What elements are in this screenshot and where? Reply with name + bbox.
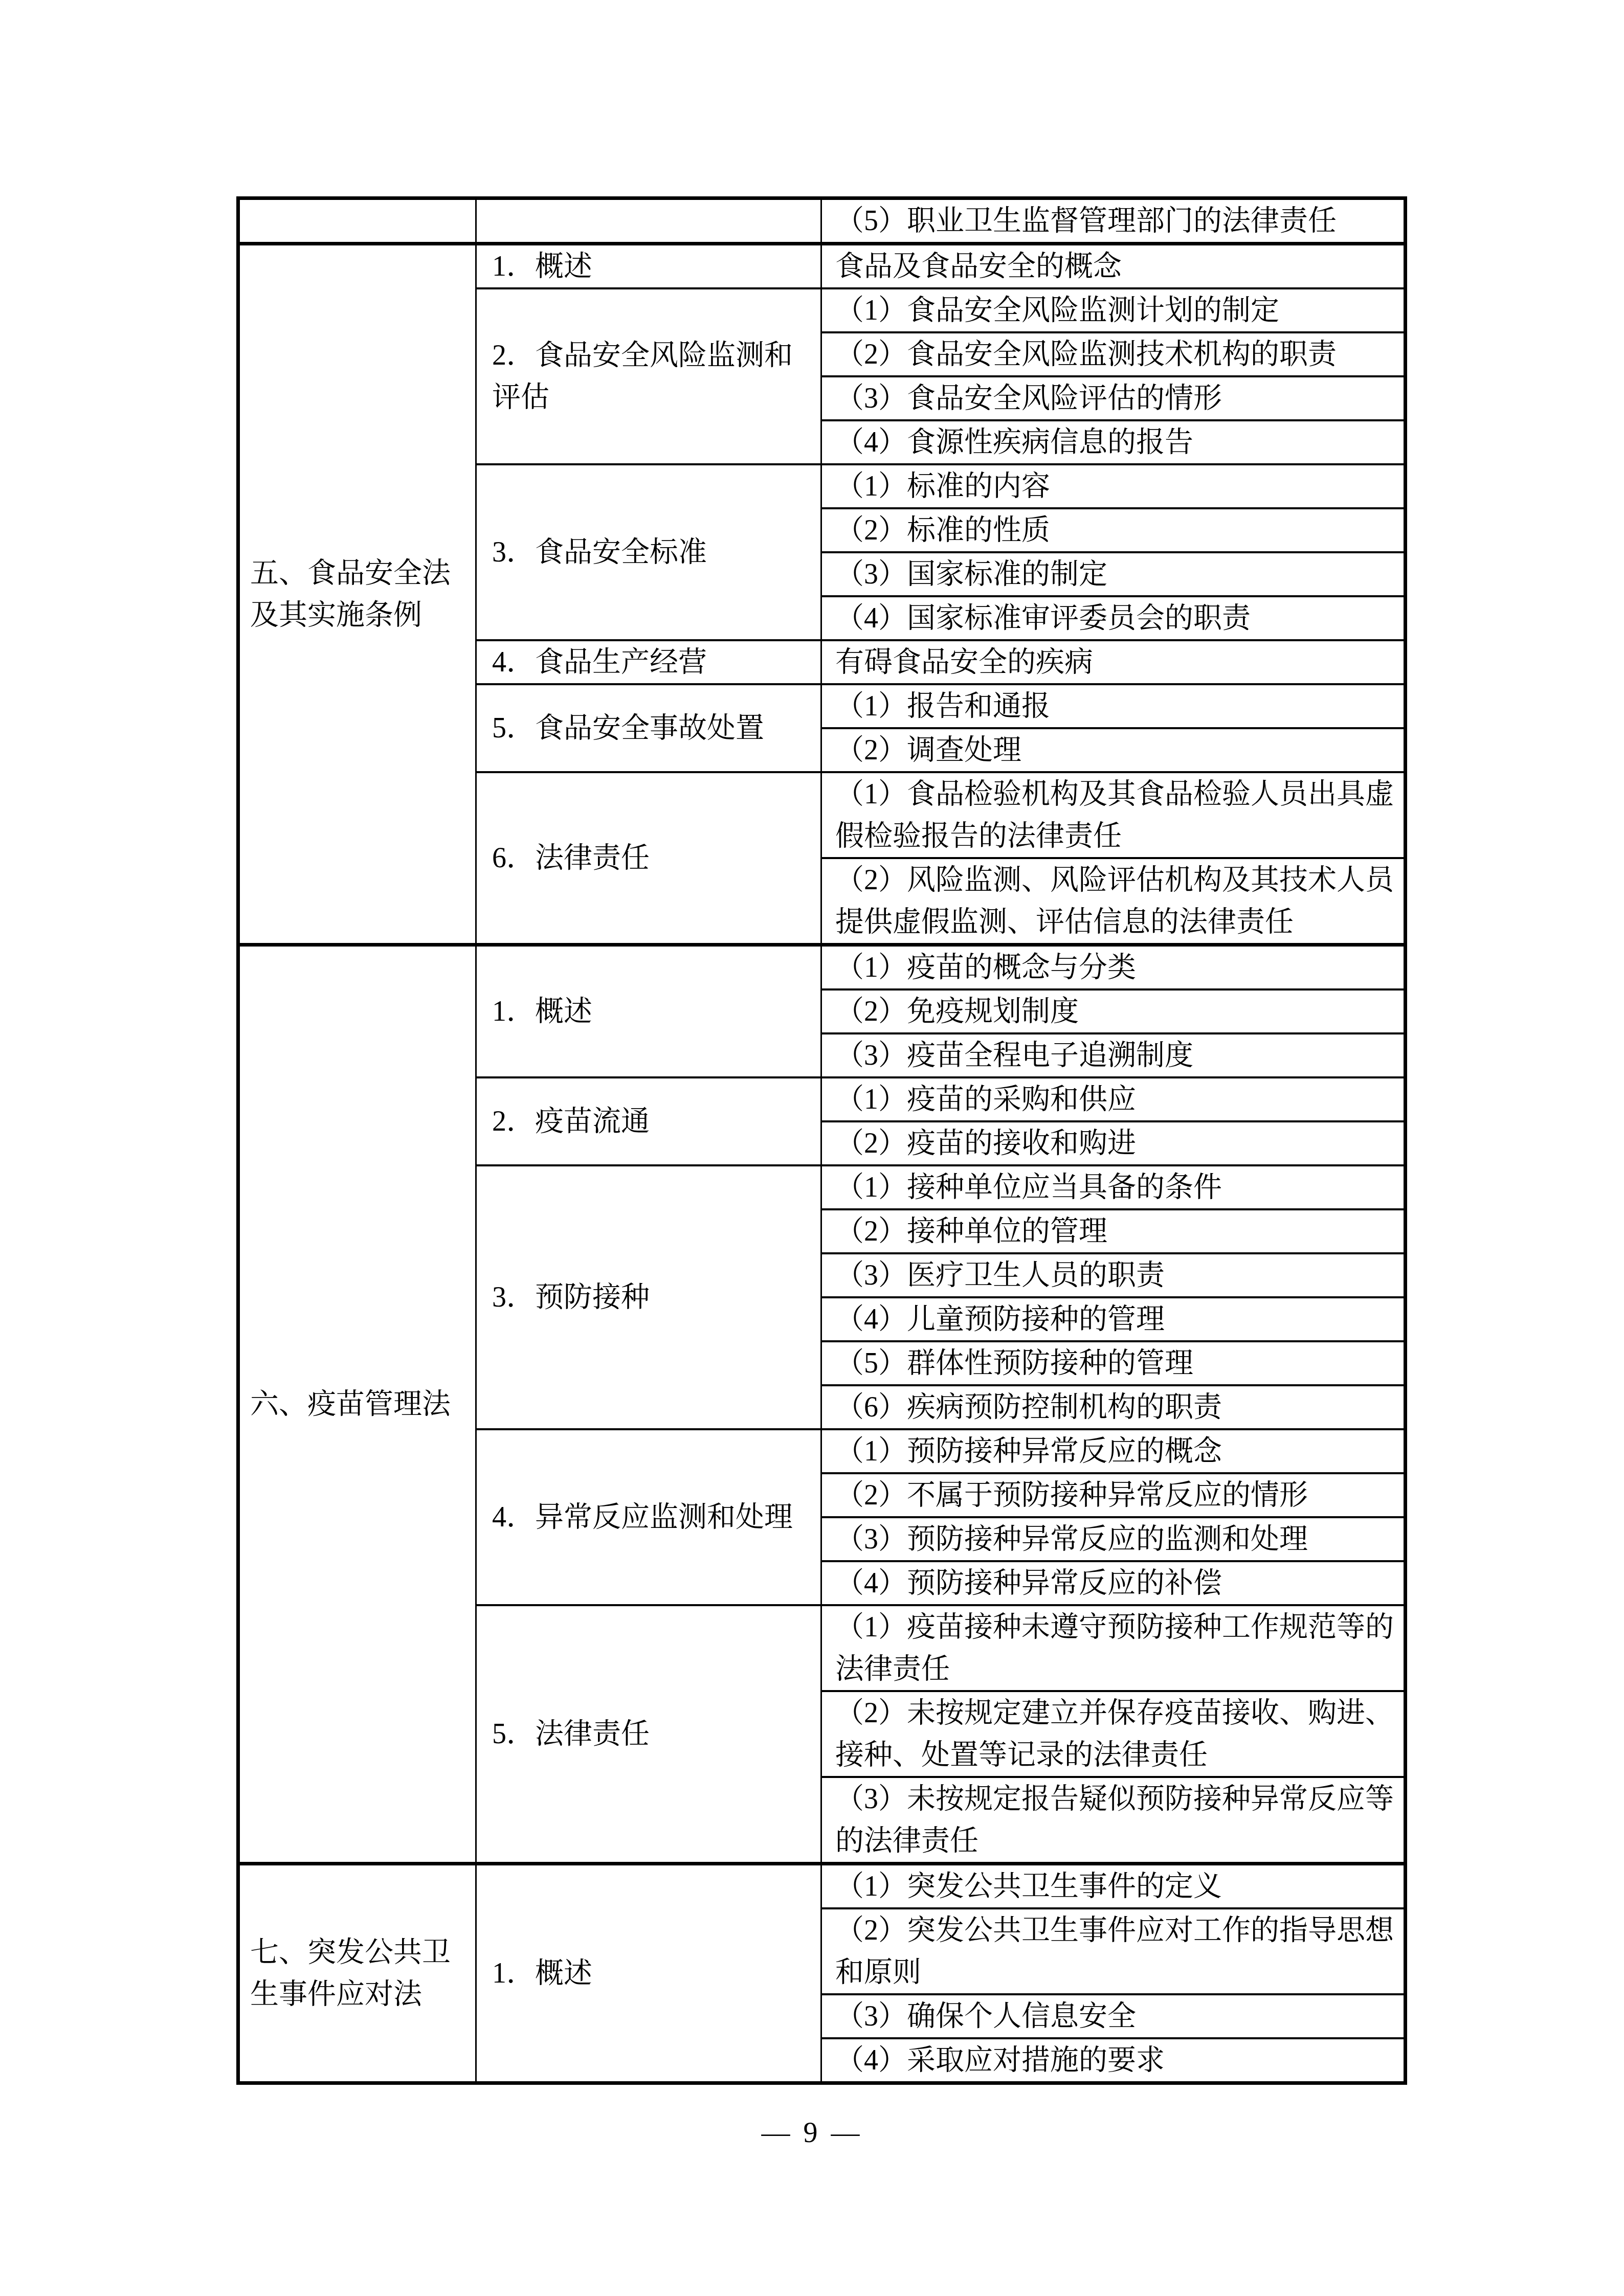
- subsection-cell: 6．法律责任: [476, 772, 821, 945]
- chapter-cell: 六、疫苗管理法: [238, 945, 476, 1864]
- subsection-cell: 5．食品安全事故处置: [476, 684, 821, 772]
- item-cell: （2）免疫规划制度: [821, 989, 1406, 1033]
- item-cell: （2）突发公共卫生事件应对工作的指导思想和原则: [821, 1908, 1406, 1994]
- item-cell: （3）确保个人信息安全: [821, 1994, 1406, 2038]
- item-cell: （1）食品安全风险监测计划的制定: [821, 288, 1406, 332]
- table-row: 六、疫苗管理法 1．概述 （1）疫苗的概念与分类: [238, 945, 1406, 990]
- item-cell: 食品及食品安全的概念: [821, 244, 1406, 289]
- item-cell: （3）疫苗全程电子追溯制度: [821, 1033, 1406, 1077]
- item-cell: （4）儿童预防接种的管理: [821, 1297, 1406, 1341]
- item-cell: （5）职业卫生监督管理部门的法律责任: [821, 198, 1406, 244]
- item-cell: （3）国家标准的制定: [821, 552, 1406, 596]
- item-cell: （2）风险监测、风险评估机构及其技术人员提供虚假监测、评估信息的法律责任: [821, 858, 1406, 945]
- table-row: 七、突发公共卫生事件应对法 1．概述 （1）突发公共卫生事件的定义: [238, 1864, 1406, 1909]
- item-cell: （3）食品安全风险评估的情形: [821, 376, 1406, 420]
- item-cell: （1）报告和通报: [821, 684, 1406, 728]
- subsection-cell: 2．食品安全风险监测和评估: [476, 288, 821, 464]
- item-cell: （1）疫苗接种未遵守预防接种工作规范等的法律责任: [821, 1605, 1406, 1691]
- item-cell: （6）疾病预防控制机构的职责: [821, 1385, 1406, 1429]
- item-cell: （3）预防接种异常反应的监测和处理: [821, 1517, 1406, 1561]
- subsection-cell: 4．异常反应监测和处理: [476, 1429, 821, 1605]
- page-number: — 9 —: [0, 2112, 1624, 2154]
- table-row: （5）职业卫生监督管理部门的法律责任: [238, 198, 1406, 244]
- empty-chapter-cell: [238, 198, 476, 244]
- table-row: 五、食品安全法及其实施条例 1．概述 食品及食品安全的概念: [238, 244, 1406, 289]
- subsection-cell: 2．疫苗流通: [476, 1077, 821, 1165]
- item-cell: （4）食源性疾病信息的报告: [821, 420, 1406, 464]
- item-cell: （2）疫苗的接收和购进: [821, 1121, 1406, 1165]
- item-cell: （1）预防接种异常反应的概念: [821, 1429, 1406, 1473]
- item-cell: （2）食品安全风险监测技术机构的职责: [821, 332, 1406, 376]
- item-cell: 有碍食品安全的疾病: [821, 640, 1406, 684]
- subsection-cell: 3．预防接种: [476, 1165, 821, 1429]
- chapter-cell: 五、食品安全法及其实施条例: [238, 244, 476, 945]
- item-cell: （3）未按规定报告疑似预防接种异常反应等的法律责任: [821, 1777, 1406, 1864]
- item-cell: （4）国家标准审评委员会的职责: [821, 596, 1406, 640]
- chapter-cell: 七、突发公共卫生事件应对法: [238, 1864, 476, 2083]
- item-cell: （1）食品检验机构及其食品检验人员出具虚假检验报告的法律责任: [821, 772, 1406, 858]
- item-cell: （2）标准的性质: [821, 508, 1406, 552]
- item-cell: （1）接种单位应当具备的条件: [821, 1165, 1406, 1209]
- item-cell: （3）医疗卫生人员的职责: [821, 1253, 1406, 1297]
- subsection-cell: 1．概述: [476, 945, 821, 1078]
- document-page: （5）职业卫生监督管理部门的法律责任 五、食品安全法及其实施条例 1．概述 食品…: [0, 0, 1624, 2296]
- item-cell: （2）调查处理: [821, 728, 1406, 772]
- item-cell: （2）不属于预防接种异常反应的情形: [821, 1473, 1406, 1517]
- item-cell: （1）疫苗的概念与分类: [821, 945, 1406, 990]
- item-cell: （1）标准的内容: [821, 464, 1406, 508]
- item-cell: （5）群体性预防接种的管理: [821, 1341, 1406, 1385]
- syllabus-table: （5）职业卫生监督管理部门的法律责任 五、食品安全法及其实施条例 1．概述 食品…: [236, 196, 1407, 2085]
- item-cell: （2）未按规定建立并保存疫苗接收、购进、接种、处置等记录的法律责任: [821, 1691, 1406, 1777]
- item-cell: （1）疫苗的采购和供应: [821, 1077, 1406, 1121]
- subsection-cell: 1．概述: [476, 1864, 821, 2083]
- item-cell: （2）接种单位的管理: [821, 1209, 1406, 1253]
- item-cell: （1）突发公共卫生事件的定义: [821, 1864, 1406, 1909]
- empty-subsection-cell: [476, 198, 821, 244]
- item-cell: （4）采取应对措施的要求: [821, 2038, 1406, 2083]
- subsection-cell: 4．食品生产经营: [476, 640, 821, 684]
- subsection-cell: 1．概述: [476, 244, 821, 289]
- subsection-cell: 5．法律责任: [476, 1605, 821, 1864]
- item-cell: （4）预防接种异常反应的补偿: [821, 1561, 1406, 1605]
- subsection-cell: 3．食品安全标准: [476, 464, 821, 640]
